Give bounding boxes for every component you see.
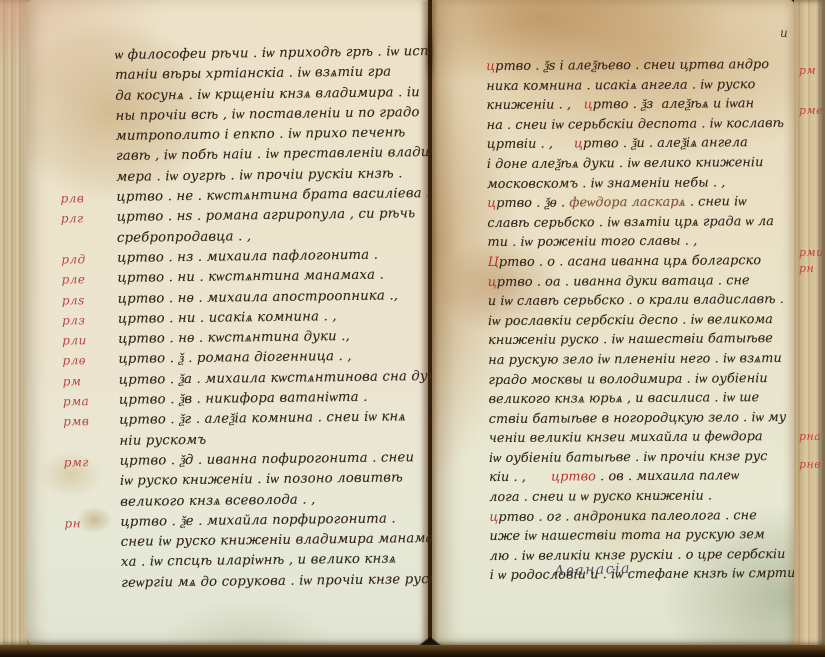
manuscript-text: градо москвы и володимира . іѡ оубіеніи: [488, 371, 767, 388]
rubric-text: ц: [486, 59, 495, 74]
manuscript-text: таніи вѣры хртіанскіа . іѡ взѧтіи гра: [115, 65, 391, 83]
rubric-text: ц: [574, 137, 583, 152]
right-page: цртво . ѯѕ і алеѯѣево . снеи цртва андро…: [432, 0, 794, 650]
manuscript-text: ствіи батыѣве в ногородцкую зело . іѡ му: [489, 410, 787, 427]
manuscript-text: мера . іѡ оугрѣ . іѡ прочіи рускіи кнзѣ …: [116, 166, 403, 184]
manuscript-text: цртво . ѯг . алеѯіа комнина . снеи іѡ кн…: [119, 410, 406, 428]
manuscript-text: великого кнзѧ юрьѧ , и василиса . іѡ ше: [488, 390, 759, 407]
rubric-text: ц: [487, 196, 496, 211]
text-line: Цртво . о . асана иванна црѧ болгарско: [488, 251, 790, 273]
text-line: лога . снеи и ѡ руско книженіи .: [489, 486, 791, 508]
manuscript-text: книженіи руско . іѡ нашествіи батыѣве: [488, 331, 773, 348]
rubric-text: ц: [584, 98, 593, 113]
text-line: геѡргіи мѧ до сорукова . іѡ прочіи кнзе …: [121, 570, 421, 594]
margin-folio-number: рле: [61, 269, 111, 290]
text-line: і ѡ родословіи и . іѡ стефане кнзѣ іѡ см…: [490, 564, 792, 586]
edge-folio-number: рми: [799, 246, 824, 259]
text-line: цртво . ѯѳ . феѡдора ласкарѧ . снеи іѡ: [487, 192, 789, 214]
rubric-text: ц: [488, 275, 497, 290]
manuscript-text: ны прочіи всѣ , іѡ поставленіи и по град…: [115, 105, 419, 124]
text-line: лю . іѡ великіи кнзе рускіи . о цре серб…: [490, 545, 792, 567]
gutter-stain: [426, 18, 434, 88]
manuscript-text: . снеи іѡ: [686, 194, 747, 209]
text-line: цртво . ѯѕ і алеѯѣево . снеи цртва андро: [486, 55, 788, 77]
manuscript-text: гавѣ , іѡ побѣ наіи . іѡ преставленіи вл…: [116, 145, 430, 164]
manuscript-text: славѣ серьбско . іѡ взѧтіи црѧ града ѡ л…: [487, 214, 774, 231]
manuscript-text: цртво . ни . исакіѧ комнина . ,: [118, 309, 337, 327]
manuscript-text: ртво . ѯѳ .: [496, 196, 569, 212]
text-line: великого кнзѧ юрьѧ , и василиса . іѡ ше: [488, 388, 790, 410]
text-line: цртво . оа . иванна дуки ватаца . сне: [488, 270, 790, 292]
manuscript-text: феѡдора ласкарѧ: [569, 195, 685, 211]
rubric-text: цртво: [551, 470, 596, 485]
text-line: ствіи батыѣве в ногородцкую зело . іѡ му: [489, 408, 791, 430]
book-bottom-edge: [0, 645, 825, 657]
manuscript-text: ніи рускомъ: [119, 432, 206, 448]
manuscript-text: ѡ философеи рѣчи . іѡ приходѣ грѣ . іѡ и…: [115, 44, 440, 63]
edge-folio-number: рме: [799, 104, 823, 117]
manuscript-text: ртво . ѯи . алеѯіѧ ангела: [583, 136, 748, 152]
manuscript-text: геѡргіи мѧ до сорукова . іѡ прочіи кнзе …: [121, 571, 459, 590]
manuscript-text: иже іѡ нашествіи тота на рускую зем: [489, 527, 764, 544]
manuscript-text: ртво . ог . андроника палеолога . сне: [498, 508, 757, 525]
manuscript-text: цртво . нѕ . романа агриропула , си рѣчь: [117, 207, 416, 226]
manuscript-text: цртво . нз . михаила пафлогонита .: [117, 248, 378, 266]
manuscript-text: на . снеи іѡ серьбскіи деспота . іѡ косл…: [487, 116, 784, 133]
text-line: славѣ серьбско . іѡ взѧтіи црѧ града ѡ л…: [487, 212, 789, 234]
margin-folio-number: рн: [64, 513, 114, 534]
text-line: ченіи великіи кнзеи михайла и феѡдора: [489, 427, 791, 449]
manuscript-text: лога . снеи и ѡ руско книженіи .: [489, 489, 712, 506]
manuscript-text: цртво . нѳ . михаила апостроопника .,: [118, 288, 399, 306]
edge-folio-number: рн: [799, 262, 814, 275]
edge-folio-number: рнв: [799, 458, 821, 471]
manuscript-text: і доне алеѯѣѧ дуки . іѡ велико книженіи: [487, 155, 764, 172]
text-line: книженіи . , цртво . ѯз алеѯѣѧ и іѡан: [486, 94, 788, 116]
manuscript-text: цртво . ѯе . михайла порфирогонита .: [120, 511, 396, 529]
owner-inscription: Аѳанасіа: [554, 561, 631, 580]
text-line: книженіи руско . іѡ нашествіи батыѣве: [488, 329, 790, 351]
margin-folio-number: рлд: [61, 249, 111, 270]
margin-folio-number: рлг: [61, 208, 111, 229]
manuscript-text: и іѡ славѣ серьбско . о крали владиславѣ…: [488, 292, 784, 309]
manuscript-text: книженіи . ,: [486, 98, 583, 114]
margin-folio-number: рм: [63, 371, 113, 392]
manuscript-text: ха . іѡ спсцѣ иларіѡнѣ , и велико кнзѧ: [121, 552, 396, 570]
text-line: кіи . , цртво . ов . михаила палеѡ: [489, 466, 791, 488]
manuscript-text: цртво . ни . кѡстѧнтина манамаха .: [117, 268, 384, 286]
text-line: ти . іѡ роженіи того славы . ,: [487, 231, 789, 253]
text-line: и іѡ славѣ серьбско . о крали владиславѣ…: [488, 290, 790, 312]
text-line: і доне алеѯѣѧ дуки . іѡ велико книженіи: [487, 153, 789, 175]
manuscript-text: ртво . оа . иванна дуки ватаца . сне: [497, 273, 750, 290]
manuscript-text: іѡ рославкіи сербскіи деспо . іѡ великом…: [488, 312, 773, 329]
manuscript-text: сребропродавца . ,: [117, 229, 251, 246]
edge-folio-number: рна: [799, 430, 821, 443]
margin-folio-number: рлв: [60, 188, 110, 209]
margin-folio-number: рма: [63, 391, 113, 412]
text-line: іѡ оубіеніи батыѣве . іѡ прочіи кнзе рус: [489, 447, 791, 469]
manuscript-text: лю . іѡ великіи кнзе рускіи . о цре серб…: [490, 547, 786, 564]
manuscript-text: цртво . ѯв . никифора ватаніѡта .: [119, 390, 368, 408]
left-page: ѡ философеи рѣчи . іѡ приходѣ грѣ . іѡ и…: [26, 0, 428, 650]
text-line: ника комнина . исакіѧ ангела . іѡ руско: [486, 75, 788, 97]
manuscript-text: і ѡ родословіи и . іѡ стефане кнзѣ іѡ см…: [490, 566, 804, 583]
left-page-text: ѡ философеи рѣчи . іѡ приходѣ грѣ . іѡ и…: [115, 42, 422, 594]
manuscript-text: цртво . не . кѡстѧнтина брата василіева …: [116, 186, 430, 205]
rubric-text: Ц: [488, 255, 499, 270]
manuscript-text: цртво . ѯа . михаила кѡстѧнтинова сна ду…: [119, 368, 454, 387]
text-line: іѡ рославкіи сербскіи деспо . іѡ великом…: [488, 310, 790, 332]
edge-folio-number: рм: [799, 64, 816, 77]
margin-folio-number: рли: [62, 330, 112, 351]
rubric-text: ц: [489, 510, 498, 525]
manuscript-text: ти . іѡ роженіи того славы . ,: [487, 234, 697, 250]
book-gutter-shadow: [420, 0, 438, 650]
manuscript-text: цртво . ѯ . романа діогенница . ,: [118, 349, 351, 367]
margin-folio-number: рлз: [62, 310, 112, 331]
manuscript-text: цртво . ѯд . иванна пофирогонита . снеи: [120, 450, 415, 469]
manuscript-text: . ов . михаила палеѡ: [596, 469, 739, 485]
manuscript-text: іѡ оубіеніи батыѣве . іѡ прочіи кнзе рус: [489, 449, 768, 466]
manuscript-text: ника комнина . исакіѧ ангела . іѡ руско: [486, 77, 755, 94]
manuscript-text: на рускую зело іѡ плененіи него . іѡ взѧ…: [488, 351, 782, 368]
manuscript-text: великого кнзѧ всеволода . ,: [120, 492, 315, 509]
manuscript-text: цртвіи . ,: [487, 137, 574, 153]
manuscript-text: іѡ руско книженіи . іѡ позоно ловитвѣ: [120, 471, 403, 489]
margin-folio-number: рмг: [64, 452, 114, 473]
right-page-text: цртво . ѯѕ і алеѯѣево . снеи цртва андро…: [486, 55, 792, 586]
manuscript-text: снеи іѡ руско книженіи владимира манама: [121, 531, 434, 550]
manuscript-text: кіи . ,: [489, 470, 551, 485]
manuscript-book-photo: ѡ философеи рѣчи . іѡ приходѣ грѣ . іѡ и…: [0, 0, 825, 657]
text-line: московскомъ . іѡ знаменіи небы . ,: [487, 173, 789, 195]
margin-folio-number: рмв: [63, 411, 113, 432]
manuscript-text: ртво . ѯѕ і алеѯѣево . снеи цртва андро: [495, 57, 769, 74]
manuscript-text: ртво . ѯз алеѯѣѧ и іѡан: [593, 96, 755, 112]
text-line: цртвіи . , цртво . ѯи . алеѯіѧ ангела: [487, 133, 789, 155]
text-line: градо москвы и володимира . іѡ оубіеніи: [488, 368, 790, 390]
text-line: на рускую зело іѡ плененіи него . іѡ взѧ…: [488, 349, 790, 371]
margin-folio-number: рлѳ: [62, 350, 112, 371]
page-edges-right: рмрмермирнрнарнв: [794, 0, 825, 652]
text-line: иже іѡ нашествіи тота на рускую зем: [489, 525, 791, 547]
manuscript-text: цртво . нѳ . кѡстѧнтина дуки .,: [118, 329, 350, 347]
folio-number-mark: и: [780, 26, 788, 40]
manuscript-text: митрополито і епкпо . іѡ прихо печенѣ: [116, 125, 406, 144]
manuscript-text: ртво . о . асана иванна црѧ болгарско: [499, 253, 761, 270]
margin-folio-number: рлѕ: [62, 289, 112, 310]
text-line: на . снеи іѡ серьбскіи деспота . іѡ косл…: [487, 114, 789, 136]
manuscript-text: ченіи великіи кнзеи михайла и феѡдора: [489, 429, 763, 446]
text-line: цртво . ог . андроника палеолога . сне: [489, 506, 791, 528]
manuscript-text: да косунѧ . іѡ крщеніи кнзѧ владимира . …: [115, 85, 420, 104]
manuscript-text: московскомъ . іѡ знаменіи небы . ,: [487, 175, 726, 192]
